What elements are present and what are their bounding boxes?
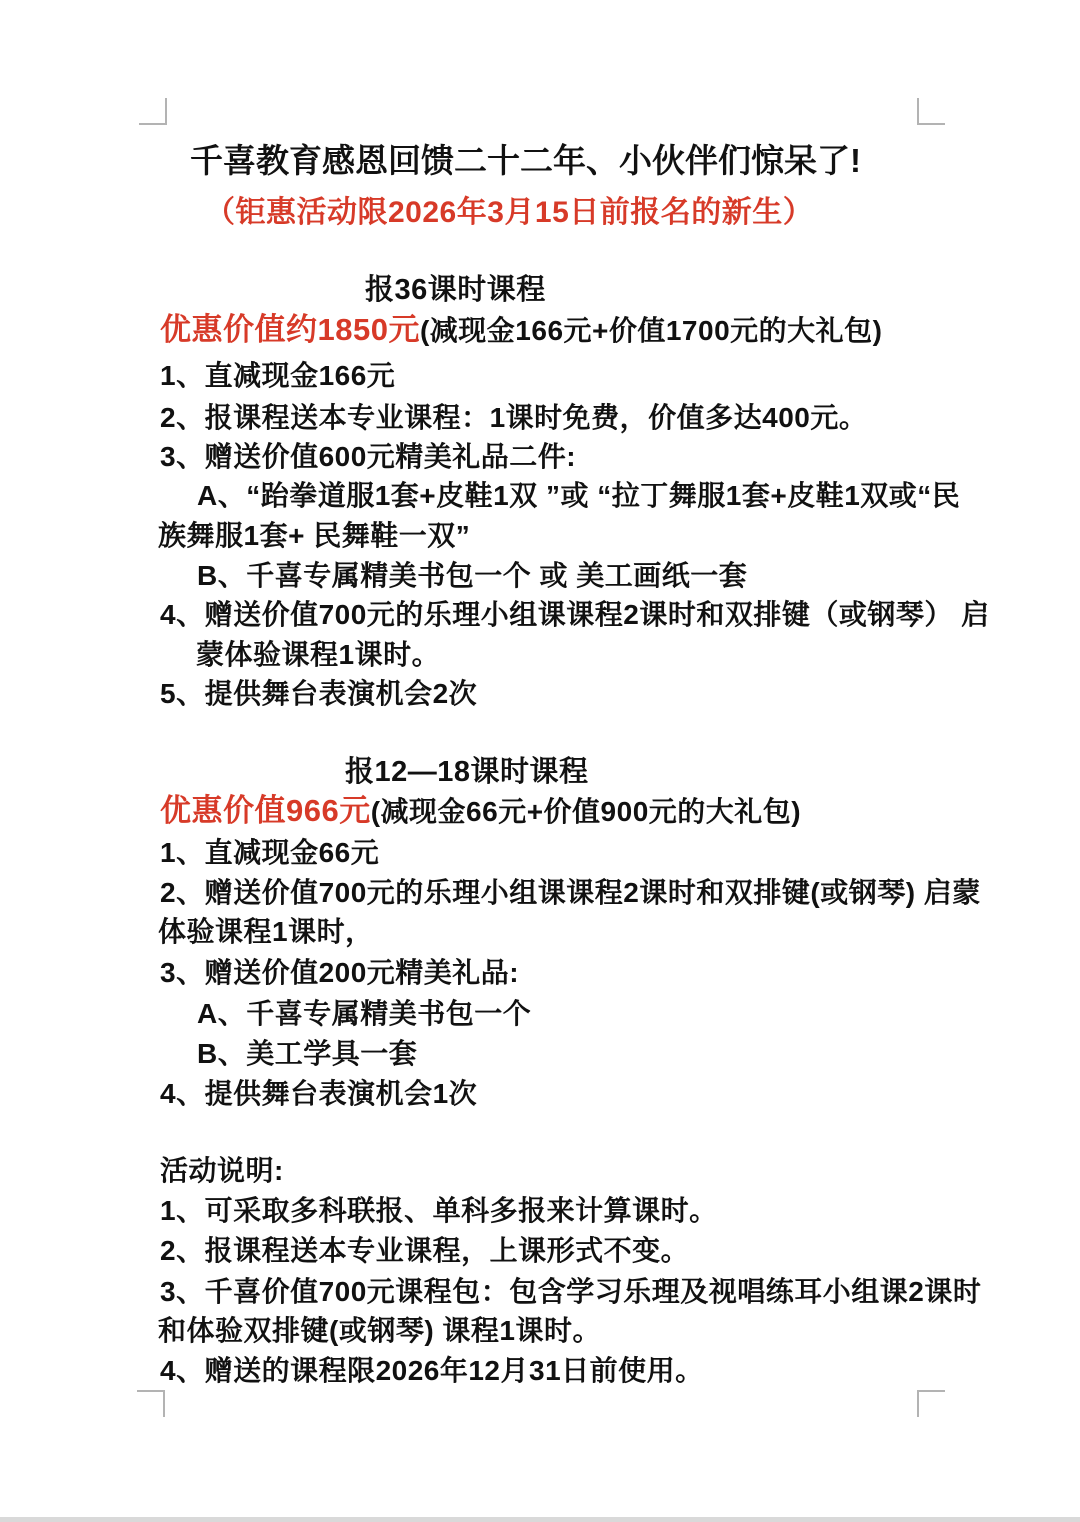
margin-mark-bottom-left-icon [137, 1390, 165, 1417]
notes-item-2: 2、报课程送本专业课程，上课形式不变。 [160, 1233, 689, 1268]
section12-18-item-2-wrap: 体验课程1课时， [158, 914, 374, 949]
section36-heading: 报36课时课程 [365, 272, 546, 308]
notes-item-3: 3、千喜价值700元课程包：包含学习乐理及视唱练耳小组课2课时 [160, 1274, 981, 1309]
section12-18-item-3: 3、赠送价值200元精美礼品: [160, 955, 519, 990]
section12-18-price-line: 优惠价值966元(减现金66元+价值900元的大礼包) [160, 792, 801, 831]
page-bottom-edge [0, 1517, 1080, 1522]
section36-item-5: 5、提供舞台表演机会2次 [160, 676, 477, 711]
section36-item-3a-wrap: 族舞服1套+ 民舞鞋一双” [158, 518, 470, 553]
page-title: 千喜教育感恩回馈二十二年、小伙伴们惊呆了! [190, 140, 861, 181]
section36-item-4-wrap: 蒙体验课程1课时。 [196, 637, 440, 672]
section12-18-price-detail: (减现金66元+价值900元的大礼包) [371, 796, 801, 827]
section12-18-item-3b: B、美工学具一套 [197, 1036, 417, 1071]
section36-item-3a: A、“跆拳道服1套+皮鞋1双 ”或 “拉丁舞服1套+皮鞋1双或“民 [197, 478, 960, 513]
section36-item-2: 2、报课程送本专业课程：1课时免费，价值多达400元。 [160, 400, 867, 435]
section12-18-item-4: 4、提供舞台表演机会1次 [160, 1076, 477, 1111]
section12-18-item-2: 2、赠送价值700元的乐理小组课课程2课时和双排键(或钢琴) 启蒙 [160, 875, 981, 910]
page-subtitle: （钜惠活动限2026年3月15日前报名的新生） [205, 194, 813, 232]
section12-18-heading: 报12—18课时课程 [345, 754, 589, 790]
notes-item-1: 1、可采取多科联报、单科多报来计算课时。 [160, 1193, 718, 1228]
section36-price-line: 优惠价值约1850元(减现金166元+价值1700元的大礼包) [160, 311, 882, 350]
margin-mark-bottom-right-icon [917, 1390, 945, 1417]
section36-item-4: 4、赠送价值700元的乐理小组课课程2课时和双排键（或钢琴） 启 [160, 597, 990, 632]
section12-18-item-3a: A、千喜专属精美书包一个 [197, 996, 531, 1031]
section36-item-1: 1、直减现金166元 [160, 358, 395, 393]
document-page: 千喜教育感恩回馈二十二年、小伙伴们惊呆了! （钜惠活动限2026年3月15日前报… [0, 0, 1080, 1522]
notes-heading: 活动说明: [160, 1153, 284, 1188]
section36-price-detail: (减现金166元+价值1700元的大礼包) [420, 315, 883, 346]
section36-item-3: 3、赠送价值600元精美礼品二件: [160, 439, 576, 474]
margin-mark-top-right-icon [917, 98, 945, 125]
section12-18-price-highlight: 优惠价值966元 [160, 793, 371, 828]
section12-18-item-1: 1、直减现金66元 [160, 835, 379, 870]
section36-item-3b: B、千喜专属精美书包一个 或 美工画纸一套 [197, 558, 747, 593]
notes-item-4: 4、赠送的课程限2026年12月31日前使用。 [160, 1353, 704, 1388]
section36-price-highlight: 优惠价值约1850元 [160, 312, 420, 347]
margin-mark-top-left-icon [139, 98, 167, 125]
notes-item-3-wrap: 和体验双排键(或钢琴) 课程1课时。 [158, 1313, 601, 1348]
